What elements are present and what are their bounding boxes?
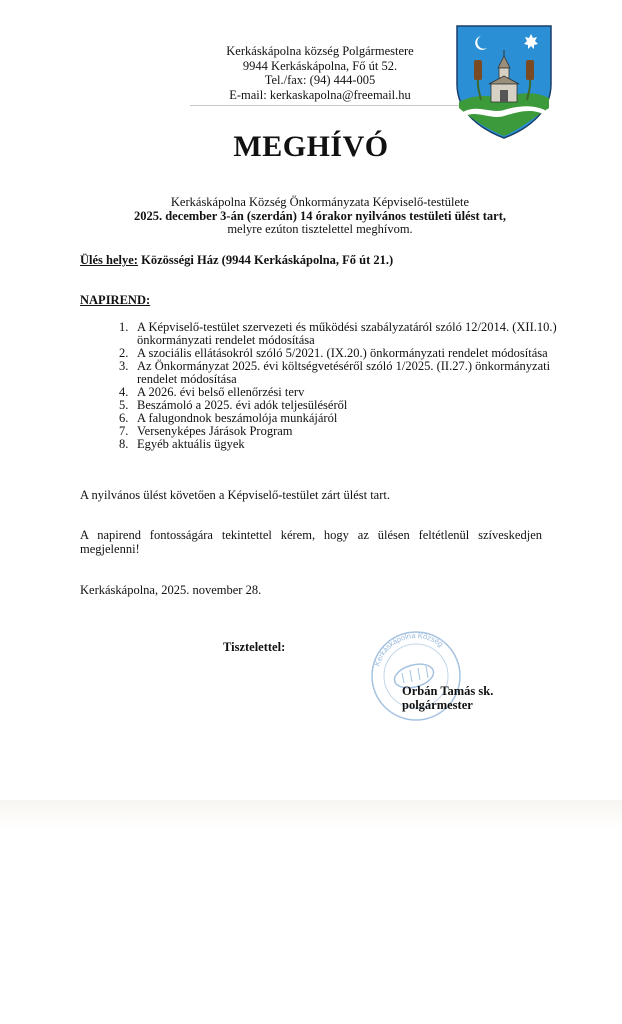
- letterhead: Kerkáskápolna község Polgármestere 9944 …: [190, 44, 450, 102]
- agenda-item-text: A 2026. évi belső ellenőrzési terv: [137, 385, 304, 399]
- letterhead-address: 9944 Kerkáskápolna, Fő út 52.: [190, 59, 450, 74]
- scan-artifact: [0, 800, 622, 830]
- attendance-request: A napirend fontosságára tekintettel kére…: [80, 528, 542, 556]
- agenda-item: 1.A Képviselő-testület szervezeti és műk…: [115, 321, 570, 347]
- coat-of-arms-icon: [453, 22, 555, 140]
- agenda-item-text: A szociális ellátásokról szóló 5/2021. (…: [137, 346, 548, 360]
- agenda-item-number: 8.: [119, 438, 128, 451]
- request-line-2: megjelenni!: [80, 542, 140, 556]
- agenda-list: 1.A Képviselő-testület szervezeti és műk…: [115, 321, 570, 451]
- agenda-item-text: Egyéb aktuális ügyek: [137, 437, 245, 451]
- signer-role: polgármester: [402, 698, 493, 712]
- agenda-item: 8.Egyéb aktuális ügyek: [115, 438, 570, 451]
- agenda-item-number: 3.: [119, 360, 128, 373]
- request-line-1: A napirend fontosságára tekintettel kére…: [80, 528, 542, 542]
- closed-session-note: A nyilvános ülést követően a Képviselő-t…: [80, 488, 542, 502]
- letterhead-divider: [190, 105, 460, 106]
- place-and-date: Kerkáskápolna, 2025. november 28.: [80, 583, 542, 597]
- letterhead-phone: Tel./fax: (94) 444-005: [190, 73, 450, 88]
- invitation-intro: Kerkáskápolna Község Önkormányzata Képvi…: [60, 196, 580, 237]
- meeting-datetime: 2025. december 3-án (szerdán) 14 órakor …: [60, 210, 580, 224]
- letterhead-email: E-mail: kerkaskapolna@freemail.hu: [190, 88, 450, 103]
- venue-label: Ülés helye:: [80, 253, 138, 267]
- intro-body: Kerkáskápolna Község Önkormányzata Képvi…: [60, 196, 580, 210]
- document-title: MEGHÍVÓ: [0, 130, 622, 164]
- venue-value: Közösségi Ház (9944 Kerkáskápolna, Fő út…: [138, 253, 393, 267]
- signature-block: Orbán Tamás sk. polgármester: [402, 684, 493, 712]
- agenda-item-text: A falugondnok beszámolója munkájáról: [137, 411, 337, 425]
- letterhead-title: Kerkáskápolna község Polgármestere: [190, 44, 450, 59]
- signer-name: Orbán Tamás sk.: [402, 684, 493, 698]
- agenda-item-text: A Képviselő-testület szervezeti és működ…: [137, 320, 557, 347]
- agenda-item-text: Az Önkormányzat 2025. évi költségvetésér…: [137, 359, 550, 386]
- regards: Tisztelettel:: [223, 640, 285, 655]
- agenda-title: NAPIREND:: [80, 293, 150, 308]
- agenda-item-text: Beszámoló a 2025. évi adók teljesülésérő…: [137, 398, 347, 412]
- agenda-item-number: 1.: [119, 321, 128, 334]
- meeting-venue: Ülés helye: Közösségi Ház (9944 Kerkáská…: [80, 253, 393, 268]
- agenda-item: 3.Az Önkormányzat 2025. évi költségvetés…: [115, 360, 570, 386]
- agenda-item-text: Versenyképes Járások Program: [137, 424, 293, 438]
- intro-closing: melyre ezúton tisztelettel meghívom.: [60, 223, 580, 237]
